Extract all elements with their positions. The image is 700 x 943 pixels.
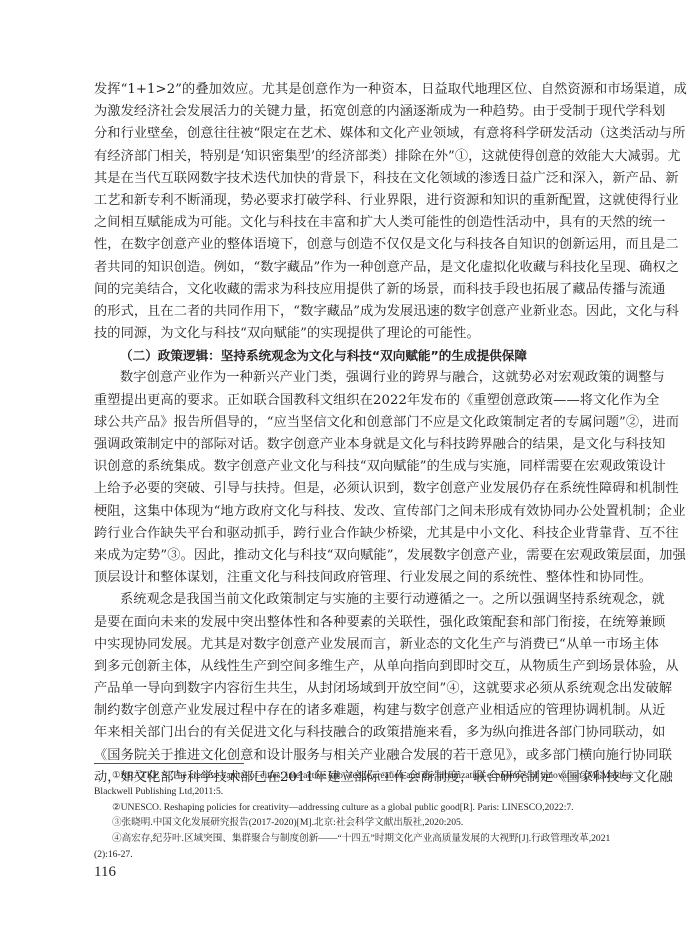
body-line: 的形式，且在二者的共同作用下，“数字藏品”成为发展迅速的数字创意产业新业态。因此… bbox=[94, 301, 606, 323]
footnote-4: ④高宏存,纪芬叶.区域突围、集群聚合与制度创新——“十四五”时期文化产业高质量发… bbox=[94, 831, 606, 847]
body-line: 工艺和新专利不断涌现，势必要求打破学科、行业界限，进行资源和知识的重新配置，这就… bbox=[94, 190, 606, 212]
body-line: 重塑提出更高的要求。正如联合国教科文组织在2022年发布的《重塑创意政策——将文… bbox=[94, 390, 606, 412]
body-line: 到多元创新主体，从线性生产到空间多维生产，从单向指向到即时交互，从物质生产到场景… bbox=[94, 656, 606, 678]
body-line: 性，在数字创意产业的整体语境下，创意与创造不仅仅是文化与科技各自知识的创新运用，… bbox=[94, 234, 606, 256]
footnote-4-cont: (2):16-27. bbox=[94, 847, 606, 863]
body-line: 中实现协同发展。尤其是对数字创意产业发展而言，新业态的文化生产与消费已“从单一市… bbox=[94, 634, 606, 656]
footnote-1: ①KRÄTKE S. The creative capital of citie… bbox=[94, 768, 606, 784]
body-line: 球公共产品》报告所倡导的，“应当坚信文化和创意部门不应是文化政策制定者的专属问题… bbox=[94, 412, 606, 434]
body-line: 上给予必要的突破、引导与扶持。但是，必须认识到，数字创意产业发展仍存在系统性障碍… bbox=[94, 478, 606, 500]
body-line: 技的同源，为文化与科技“双向赋能”的实现提供了理论的可能性。 bbox=[94, 323, 606, 345]
body-line: 是要在面向未来的发展中突出整体性和各种要素的关联性，强化政策配套和部门衔接，在统… bbox=[94, 612, 606, 634]
body-line: 分和行业壁垒，创意往往被“限定在艺术、媒体和文化产业领域，有意将科学研发活动（这… bbox=[94, 123, 606, 145]
body-line: 强调政策制定中的部际对话。数字创意产业本身就是文化与科技跨界融合的结果，是文化与… bbox=[94, 434, 606, 456]
body-line: 有经济部门相关，特别是‘知识密集型’的经济部类）排除在外”①，这就使得创意的效能… bbox=[94, 146, 606, 168]
body-line: 发挥“1+1>2”的叠加效应。尤其是创意作为一种资本，日益取代地理区位、自然资源… bbox=[94, 79, 606, 101]
body-line: 识创意的系统集成。数字创意产业文化与科技“双向赋能”的生成与实施，同样需要在宏观… bbox=[94, 456, 606, 478]
article-body: 发挥“1+1>2”的叠加效应。尤其是创意作为一种资本，日益取代地理区位、自然资源… bbox=[94, 79, 606, 789]
body-line: 产品单一导向到数字内容衍生共生，从封闭场域到开放空间”④，这就要求必须从系统观念… bbox=[94, 678, 606, 700]
body-line: 为激发经济社会发展活力的关键力量，拓宽创意的内涵逐渐成为一种趋势。由于受制于现代… bbox=[94, 101, 606, 123]
body-line: 者共同的知识创造。例如，“数字藏品”作为一种创意产品，是文化虚拟化收藏与科技化呈… bbox=[94, 257, 606, 279]
section-heading: （二）政策逻辑：坚持系统观念为文化与科技“双向赋能”的生成提供保障 bbox=[94, 345, 606, 367]
body-line: 梗阻，这集中体现为“地方政府文化与科技、发改、宣传部门之间未形成有效协同办公处置… bbox=[94, 501, 606, 523]
body-line: 来成为定势”③。因此，推动文化与科技“双向赋能”，发展数字创意产业，需要在宏观政… bbox=[94, 545, 606, 567]
footnote-3: ③张晓明.中国文化发展研究报告(2017-2020)[M].北京:社会科学文献出… bbox=[94, 815, 606, 831]
footnote-2: ②UNESCO. Reshaping policies for creativi… bbox=[94, 800, 606, 816]
body-line: 其是在当代互联网数字技术迭代加快的背景下，科技在文化领域的渗透日益广泛和深入，新… bbox=[94, 168, 606, 190]
footnotes: ①KRÄTKE S. The creative capital of citie… bbox=[94, 768, 606, 863]
body-line: 之间相互赋能成为可能。文化与科技在丰富和扩大人类可能性的创造性活动中，具有的天然… bbox=[94, 212, 606, 234]
page-number: 116 bbox=[94, 864, 116, 881]
footnote-divider bbox=[94, 763, 244, 764]
body-line: 数字创意产业作为一种新兴产业门类，强调行业的跨界与融合，这就势必对宏观政策的调整… bbox=[94, 367, 606, 389]
body-line: 间的完美结合，文化收藏的需求为科技应用提供了新的场景，而科技手段也拓展了藏品传播… bbox=[94, 279, 606, 301]
body-line: 顶层设计和整体谋划，注重文化与科技间政府管理、行业发展之间的系统性、整体性和协同… bbox=[94, 567, 606, 589]
body-line: 制约数字创意产业发展过程中存在的诸多难题，构建与数字创意产业相适应的管理协调机制… bbox=[94, 700, 606, 722]
body-line: 跨行业合作缺失平台和驱动抓手，跨行业合作缺少桥梁，尤其是中小文化、科技企业背靠背… bbox=[94, 523, 606, 545]
body-line: 系统观念是我国当前文化政策制定与实施的主要行动遵循之一。之所以强调坚持系统观念，… bbox=[94, 589, 606, 611]
footnote-1-cont: Blackwell Publishing Ltd,2011:5. bbox=[94, 784, 606, 800]
body-line: 年来相关部门出台的有关促进文化与科技融合的政策措施来看，多为纵向推进各部门协同联… bbox=[94, 722, 606, 744]
